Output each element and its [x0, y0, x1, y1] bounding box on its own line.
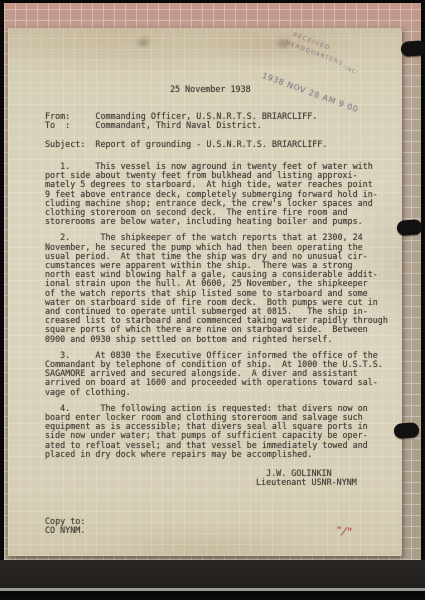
paragraph-4: 4. The following action is requested: th…: [45, 404, 388, 459]
date-stamp: 1938 NOV 28 AM 9 00: [261, 71, 360, 114]
scan-background-band: [0, 560, 425, 588]
scan-edge-line: [0, 588, 425, 591]
paragraph-3: 3. At 0830 the Executive Officer informe…: [45, 351, 388, 397]
subject-line: Subject: Report of grounding - U.S.N.R.T…: [45, 140, 327, 149]
address-block: From: Commanding Officer, U.S.N.R.T.S. B…: [45, 112, 317, 130]
copy-to-block: Copy to: CO NYNM.: [45, 517, 85, 535]
letter-body: 1. This vessel is now aground in twenty …: [45, 162, 388, 466]
signature-block: J.W. GOLINKIN Lieutenant USNR-NYNM: [256, 469, 357, 487]
letter-date: 25 November 1938: [170, 85, 251, 94]
red-pencil-mark: "/": [335, 524, 353, 539]
scanned-document-photo: RECEIVED HEADQUARTERS 'INC' 1938 NOV 28 …: [0, 0, 425, 600]
binder-tab: [401, 40, 425, 57]
received-stamp-line3: 'INC': [342, 65, 360, 77]
paragraph-1: 1. This vessel is now aground in twenty …: [45, 162, 388, 226]
document-page: RECEIVED HEADQUARTERS 'INC' 1938 NOV 28 …: [8, 28, 402, 556]
paragraph-2: 2. The shipkeeper of the watch reports t…: [45, 233, 388, 343]
binder-tab: [394, 422, 420, 439]
binder-tab: [397, 219, 423, 236]
staple-mark: [138, 38, 149, 47]
